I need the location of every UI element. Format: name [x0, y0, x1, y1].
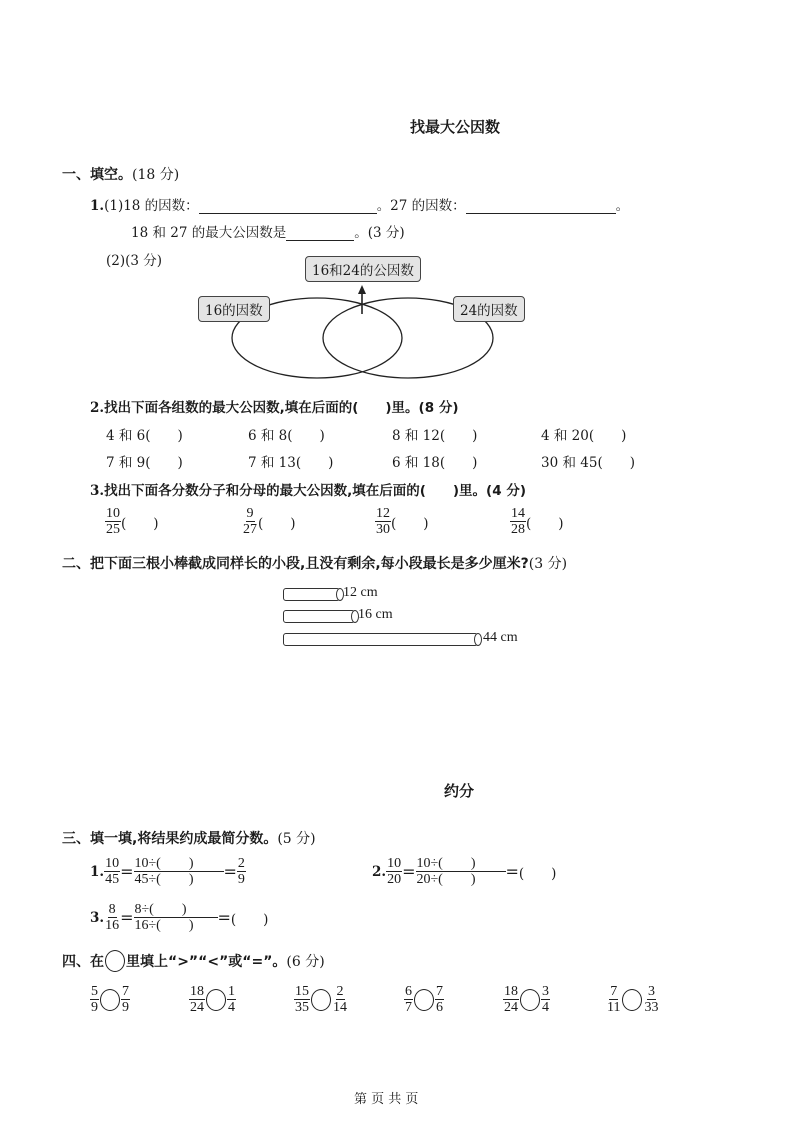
- q2-item[interactable]: 4 和 20( ): [541, 424, 626, 444]
- q3-prompt: 3.找出下面各分数分子和分母的最大公因数,填在后面的( )里。(4 分): [90, 479, 526, 499]
- venn-top-label: 16和24的公因数: [305, 256, 421, 282]
- q2-prompt: 2.找出下面各组数的最大公因数,填在后面的( )里。(8 分): [90, 396, 459, 416]
- q3-text: 找出下面各分数分子和分母的最大公因数,填在后面的( )里。(4 分): [104, 483, 526, 499]
- section-3-title: 三、填一填,将结果约成最简分数。: [62, 831, 277, 847]
- q3-fraction-item[interactable]: 927( ): [242, 506, 296, 537]
- section-1-heading: 一、填空。(18 分): [62, 164, 179, 184]
- q1-number: 1.: [90, 198, 104, 214]
- fraction: 927: [242, 506, 258, 537]
- compare-circle-input[interactable]: [100, 989, 120, 1011]
- stick-label: 12 cm: [343, 585, 378, 601]
- section-title-reduce: 约分: [444, 780, 474, 801]
- section-2-heading: 二、把下面三根小棒截成同样长的小段,且没有剩余,每小段最长是多少厘米?(3 分): [62, 553, 567, 573]
- section-4-pre: 四、在: [62, 951, 104, 971]
- fraction: 1230: [375, 506, 391, 537]
- answer-paren[interactable]: ( ): [231, 908, 269, 928]
- q2-item[interactable]: 7 和 9( ): [106, 451, 183, 471]
- compare-pair: 1535214: [294, 984, 348, 1015]
- answer-paren[interactable]: ( ): [519, 862, 557, 882]
- compare-pair: 711333: [606, 984, 659, 1015]
- q1-line2: 18 和 27 的最大公因数是。(3 分): [131, 221, 405, 241]
- section-3-heading: 三、填一填,将结果约成最简分数。(5 分): [62, 828, 316, 848]
- s3-item-2: 2. 1020 = 10÷( )20÷( ) = ( ): [372, 856, 556, 887]
- stick-44cm: [283, 633, 478, 646]
- s3-item-1: 1. 1045 = 10÷( )45÷( ) = 29: [90, 856, 246, 887]
- stick-12cm: [283, 588, 340, 601]
- compare-pair: 6776: [404, 984, 444, 1015]
- division-fraction[interactable]: 10÷( )45÷( ): [134, 856, 224, 887]
- q1-part1-end: 。: [616, 198, 630, 214]
- section-4-post: 里填上“>”“<”或“=”。: [126, 951, 286, 971]
- q1-line2-prefix: 18 和 27 的最大公因数是: [131, 225, 286, 241]
- venn-left-label: 16的因数: [198, 296, 270, 322]
- compare-circle-icon: [105, 950, 125, 972]
- section-2-points: (3 分): [529, 556, 567, 572]
- answer-paren[interactable]: ( ): [121, 512, 159, 532]
- compare-pair: 182414: [189, 984, 236, 1015]
- s3-item-3: 3. 816 = 8÷( )16÷( ) = ( ): [90, 902, 268, 933]
- section-3-points: (5 分): [277, 831, 315, 847]
- answer-paren[interactable]: ( ): [258, 512, 296, 532]
- q2-item[interactable]: 6 和 18( ): [392, 451, 477, 471]
- compare-pair: 182434: [503, 984, 550, 1015]
- q3-fraction-item[interactable]: 1428( ): [510, 506, 564, 537]
- compare-circle-input[interactable]: [520, 989, 540, 1011]
- q2-number: 2.: [90, 400, 104, 416]
- section-4-points: (6 分): [286, 951, 324, 971]
- answer-paren[interactable]: ( ): [391, 512, 429, 532]
- fraction: 1025: [105, 506, 121, 537]
- section-1-points: (18 分): [132, 167, 179, 183]
- q3-fraction-item[interactable]: 1025( ): [105, 506, 159, 537]
- q1-part2-label: (2)(3 分): [106, 249, 162, 269]
- answer-blank-27-factors[interactable]: [466, 199, 616, 214]
- compare-circle-input[interactable]: [206, 989, 226, 1011]
- section-4-heading: 四、在里填上“>”“<”或“=”。(6 分): [62, 950, 325, 972]
- section-1-title: 一、填空。: [62, 167, 132, 183]
- compare-circle-input[interactable]: [311, 989, 331, 1011]
- q2-item[interactable]: 30 和 45( ): [541, 451, 635, 471]
- fraction: 1428: [510, 506, 526, 537]
- page-title: 找最大公因数: [410, 116, 500, 137]
- division-fraction[interactable]: 8÷( )16÷( ): [134, 902, 218, 933]
- q1-part1-mid: 。27 的因数：: [377, 198, 466, 214]
- compare-circle-input[interactable]: [622, 989, 642, 1011]
- section-2-title: 二、把下面三根小棒截成同样长的小段,且没有剩余,每小段最长是多少厘米?: [62, 556, 529, 572]
- q3-number: 3.: [90, 483, 104, 499]
- q2-item[interactable]: 7 和 13( ): [248, 451, 333, 471]
- stick-label: 16 cm: [358, 607, 393, 623]
- q1-line1: 1.(1)18 的因数：。27 的因数：。: [90, 194, 629, 214]
- stick-label: 44 cm: [483, 630, 518, 646]
- q1-line2-end: 。(3 分): [354, 225, 404, 241]
- stick-16cm: [283, 610, 355, 623]
- q2-item[interactable]: 4 和 6( ): [106, 424, 183, 444]
- division-fraction[interactable]: 10÷( )20÷( ): [416, 856, 506, 887]
- page-footer: 第 页 共 页: [354, 1088, 418, 1107]
- venn-diagram: 16的因数 24的因数 16和24的公因数: [190, 252, 550, 382]
- q2-item[interactable]: 8 和 12( ): [392, 424, 477, 444]
- answer-blank-18-factors[interactable]: [199, 199, 377, 214]
- q2-text: 找出下面各组数的最大公因数,填在后面的( )里。(8 分): [104, 400, 458, 416]
- q3-fraction-item[interactable]: 1230( ): [375, 506, 429, 537]
- venn-right-label: 24的因数: [453, 296, 525, 322]
- q1-part1-prefix: (1)18 的因数：: [104, 198, 199, 214]
- answer-blank-gcd[interactable]: [286, 226, 354, 241]
- compare-circle-input[interactable]: [414, 989, 434, 1011]
- compare-pair: 5979: [90, 984, 130, 1015]
- q2-item[interactable]: 6 和 8( ): [248, 424, 325, 444]
- answer-paren[interactable]: ( ): [526, 512, 564, 532]
